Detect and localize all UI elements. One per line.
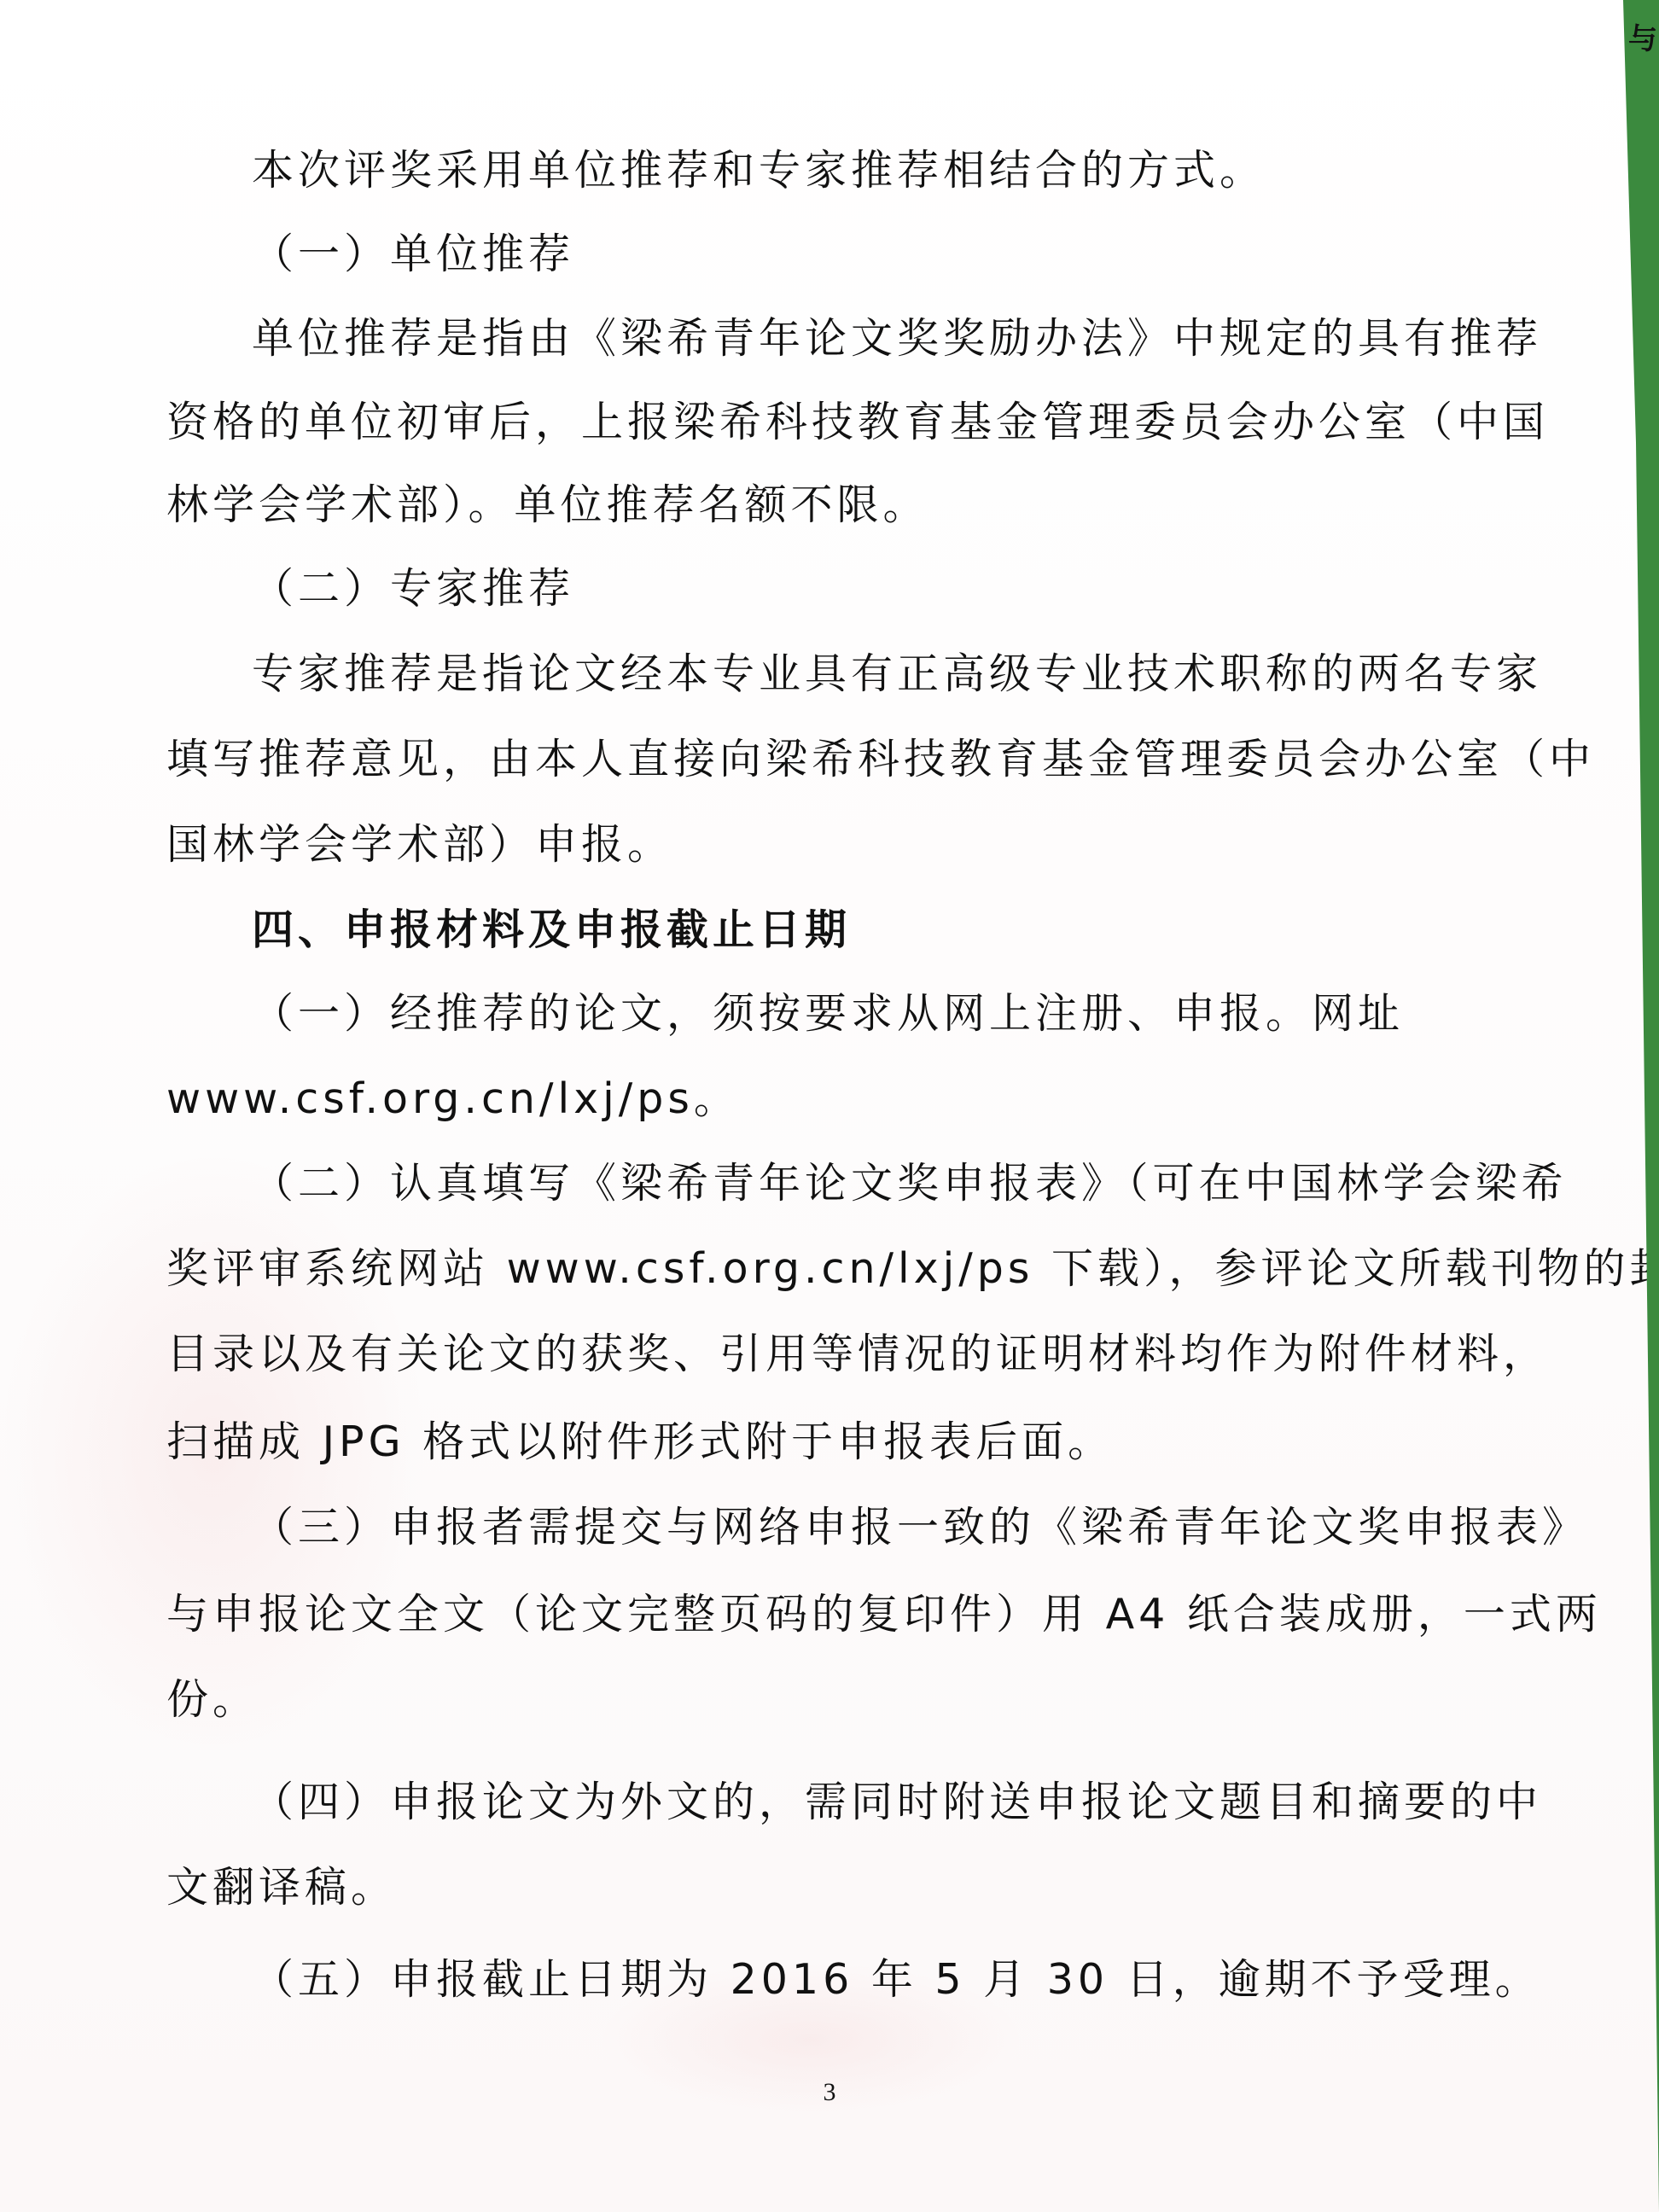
text-line: 资格的单位初审后，上报梁希科技教育基金管理委员会办公室（中国 [166,397,1549,448]
document-page: 本次评奖采用单位推荐和专家推荐相结合的方式。（一）单位推荐单位推荐是指由《梁希青… [0,0,1659,2212]
text-line: （二）认真填写《梁希青年论文奖申报表》（可在中国林学会梁希 [252,1158,1568,1209]
text-line: 与申报论文全文（论文完整页码的复印件）用 A4 纸合装成册，一式两 [166,1589,1602,1640]
text-line: （二）专家推荐 [252,563,574,614]
text-line: 林学会学术部）。单位推荐名额不限。 [166,480,929,531]
text-line: 扫描成 JPG 格式以附件形式附于申报表后面。 [166,1417,1114,1468]
text-line: （一）单位推荐 [252,229,574,280]
text-line: www.csf.org.cn/lxj/ps。 [166,1074,740,1125]
text-line: 份。 [166,1674,259,1726]
text-line: （五）申报截止日期为 2016 年 5 月 30 日，逾期不予受理。 [252,1954,1541,2005]
text-line: 填写推荐意见，由本人直接向梁希科技教育基金管理委员会办公室（中 [166,734,1595,785]
edge-text-fragment: 与 [1628,15,1657,57]
text-line: 奖评审系统网站 www.csf.org.cn/lxj/ps 下载），参评论文所载… [166,1243,1659,1295]
text-line: 文翻译稿。 [166,1862,397,1913]
text-line: （三）申报者需提交与网络申报一致的《梁希青年论文奖申报表》 [252,1502,1588,1553]
text-line: （四）申报论文为外文的，需同时附送申报论文题目和摘要的中 [252,1777,1542,1828]
text-line: （一）经推荐的论文，须按要求从网上注册、申报。网址 [252,988,1404,1039]
green-folder-edge [1608,0,1659,2212]
text-line: 目录以及有关论文的获奖、引用等情况的证明材料均作为附件材料， [166,1329,1549,1380]
text-line: 单位推荐是指由《梁希青年论文奖奖励办法》中规定的具有推荐 [252,313,1542,364]
text-line: 专家推荐是指论文经本专业具有正高级专业技术职称的两名专家 [252,649,1542,700]
text-line: 国林学会学术部）申报。 [166,819,673,870]
section-heading: 四、申报材料及申报截止日期 [252,905,851,956]
text-line: 本次评奖采用单位推荐和专家推荐相结合的方式。 [252,145,1266,196]
page-number: 3 [824,2078,836,2107]
